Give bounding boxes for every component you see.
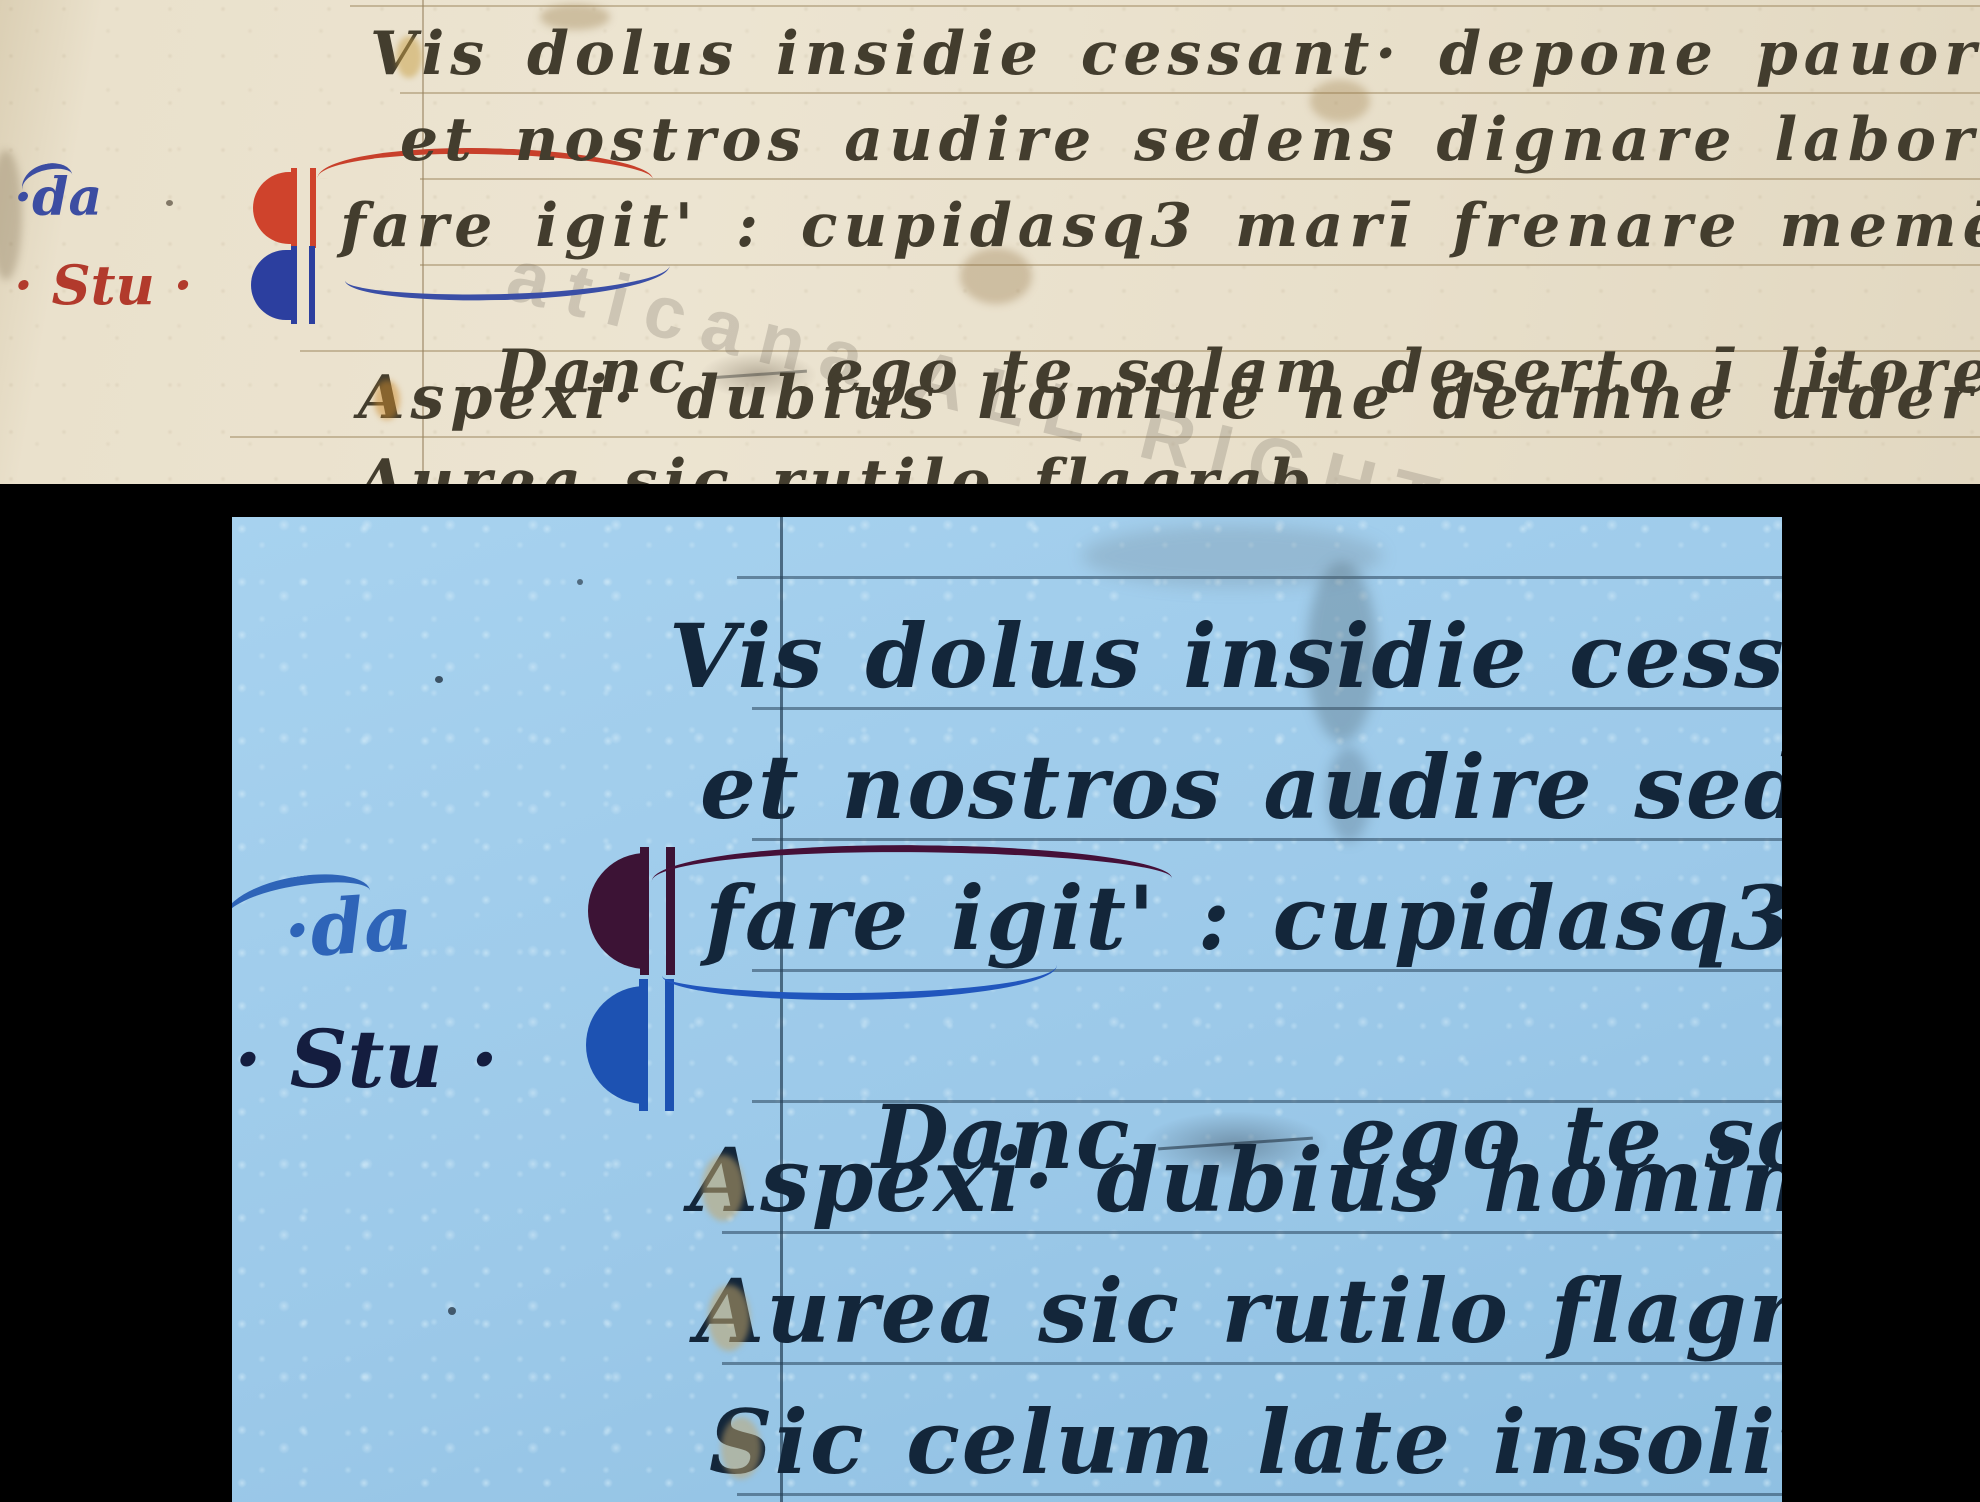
paraph-double-bar [639, 979, 674, 1111]
text-line: fare igit' : cupidasq3 marī frenare memē… [340, 196, 1980, 256]
text-line-clipped: Aurea sic rutilo flagrab [358, 452, 1317, 484]
text-line: Aspexi· dubius hominē [690, 1136, 1782, 1224]
dust-speck [435, 676, 443, 683]
text-line: Vis dolus insidie cessa [669, 612, 1782, 700]
manuscript-color-crop: aticana ALL RIGHTS ·da · Stu · Vis dolus… [0, 0, 1980, 484]
ruled-line [420, 178, 1980, 180]
dust-speck [448, 1307, 456, 1315]
paraph-half-moon [586, 986, 647, 1105]
text-line: Sic celum late insolit [709, 1398, 1782, 1486]
paraph-half-moon [588, 853, 648, 968]
text-line: Aspexi· dubius hominē ne deamne uiderem· [358, 368, 1980, 428]
dust-speck [577, 579, 583, 585]
margin-note-stu: · Stu · [234, 1019, 498, 1099]
manuscript-blue-light-crop: ·da · Stu · Vis dolus insidie cessa et n… [232, 517, 1782, 1502]
manuscript-viewer: { "colors": { "parchment": "#eae1cc", "p… [0, 0, 1980, 1502]
blue-flourish [662, 965, 1057, 1000]
paraph-double-bar [291, 246, 316, 324]
text-line: et nostros audire sede [700, 743, 1782, 831]
text-line: fare igit' : cupidasq3 m [705, 874, 1782, 962]
paraph-double-bar [291, 168, 316, 248]
paraph-mark-blue [586, 979, 688, 1111]
initial-wash [374, 380, 400, 420]
ruled-line [400, 92, 1980, 94]
initial-wash [702, 1155, 744, 1221]
text-line: Vis dolus insidie cessant· depone pauore… [370, 24, 1980, 84]
margin-note-stu: · Stu · [14, 258, 192, 312]
paraph-mark-red [253, 168, 327, 248]
text-line: et nostros audire sedens dignare labores… [400, 110, 1980, 170]
initial-wash [396, 36, 422, 78]
initial-wash [708, 1285, 750, 1351]
paraph-mark-blue [251, 246, 327, 324]
dust-speck [166, 200, 173, 206]
text-line: Aurea sic rutilo flagrab [696, 1267, 1782, 1355]
initial-wash [721, 1417, 761, 1479]
